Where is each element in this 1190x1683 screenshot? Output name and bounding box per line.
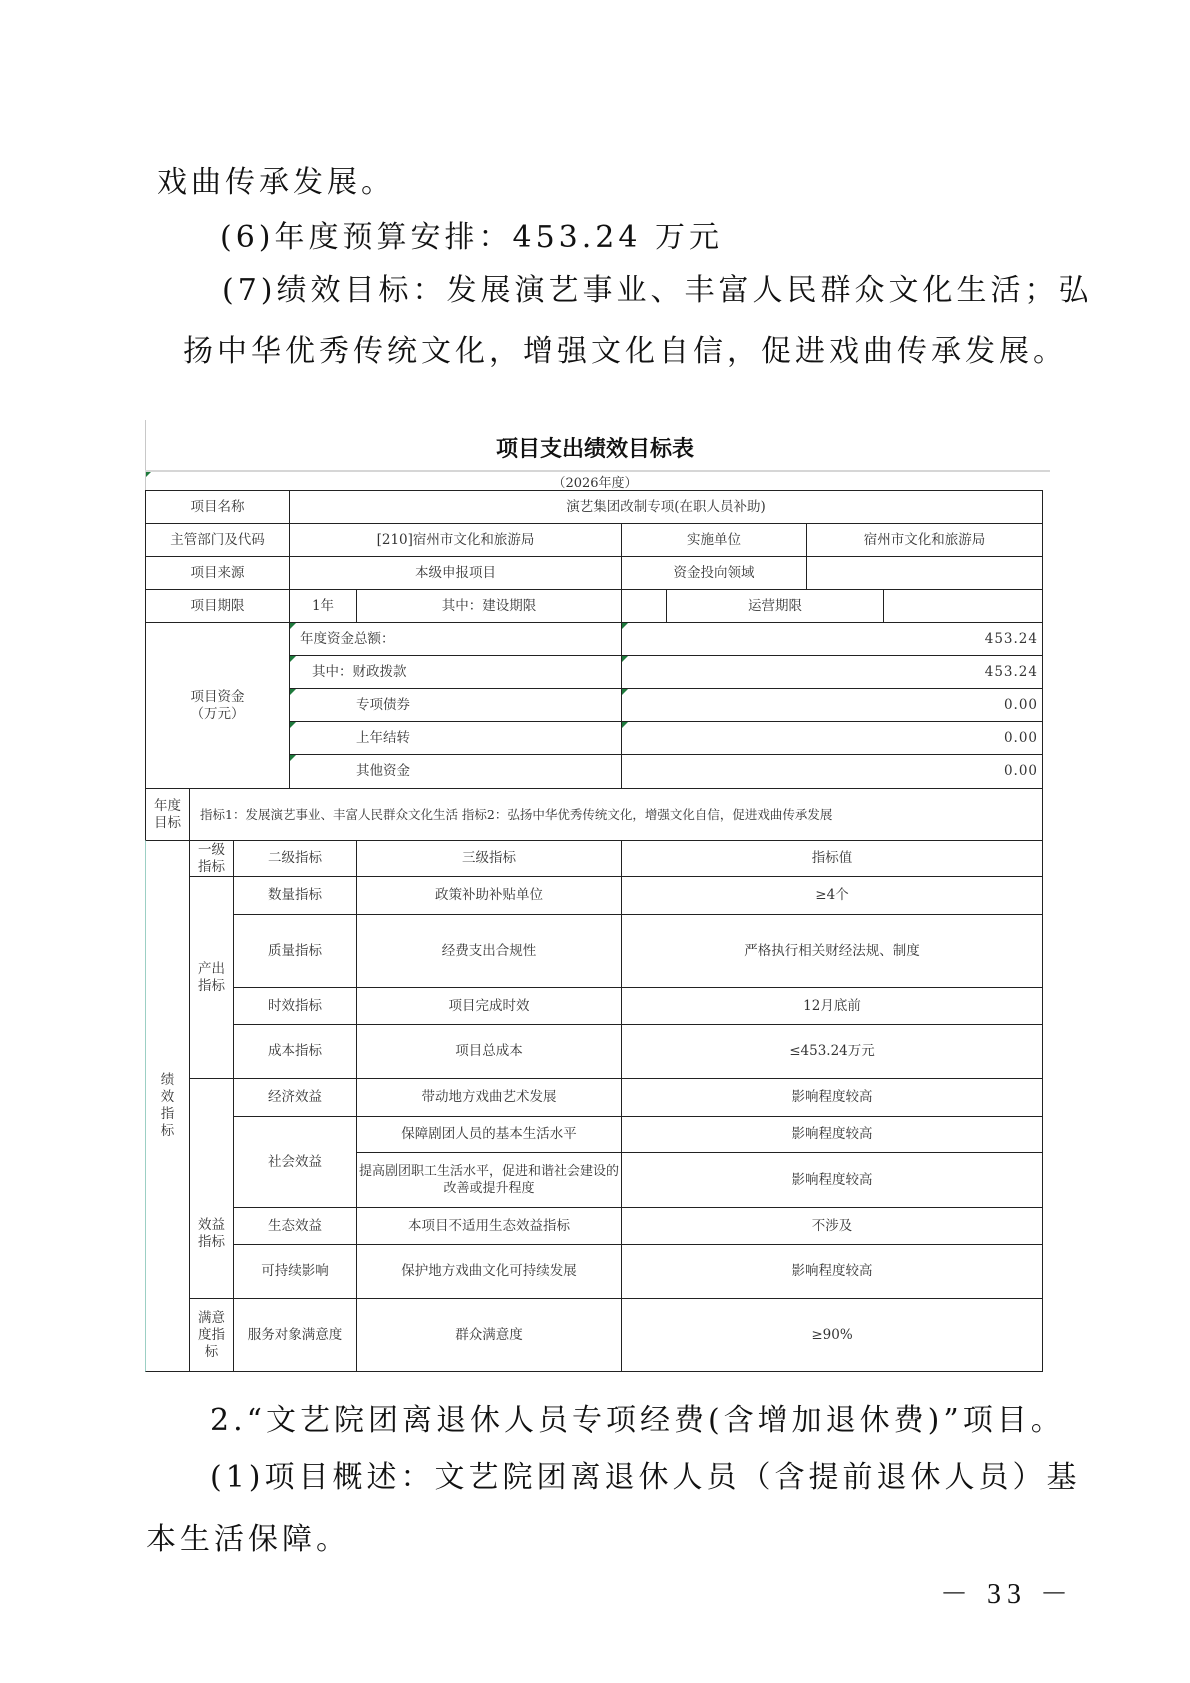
period-label: 项目期限: [145, 589, 290, 623]
fund-total-label: 年度资金总额：: [289, 622, 622, 656]
perf-label-char: 指: [161, 1106, 175, 1123]
cell-marker-icon: [622, 656, 628, 662]
row-level2: 可持续影响: [233, 1244, 357, 1299]
annual-goal-value: 指标1：发展演艺事业、丰富人民群众文化生活 指标2：弘扬中华优秀传统文化，增强文…: [189, 788, 1043, 841]
paragraph-line: 2.“文艺院团离退休人员专项经费(含增加退休费)”项目。: [210, 1403, 1065, 1439]
paragraph-line: 本生活保障。: [146, 1522, 350, 1558]
cell-marker-icon: [622, 623, 628, 629]
row-level2: 数量指标: [233, 876, 357, 915]
paragraph-line: (7)绩效目标：发展演艺事业、丰富人民群众文化生活；弘: [222, 273, 1093, 309]
row-level3: 政策补助补贴单位: [356, 876, 622, 915]
source-value: 本级申报项目: [289, 556, 622, 590]
row-level3: 保护地方戏曲文化可持续发展: [356, 1244, 622, 1299]
project-name-value: 演艺集团改制专项(在职人员补助): [289, 490, 1043, 524]
row-level2: 时效指标: [233, 987, 357, 1025]
paragraph-line: (1)项目概述：文艺院团离退休人员（含提前退休人员）基: [210, 1460, 1081, 1496]
operate-period-value: [883, 589, 1043, 623]
project-name-label: 项目名称: [145, 490, 290, 524]
row-level2: 成本指标: [233, 1024, 357, 1079]
header-level1-line1: 一级: [198, 842, 225, 859]
row-value: 12月底前: [621, 987, 1043, 1025]
paragraph-line: 扬中华优秀传统文化，增强文化自信，促进戏曲传承发展。: [183, 334, 1067, 370]
output-indicator-label: 产出 指标: [189, 876, 234, 1079]
cell-marker-icon: [622, 722, 628, 728]
cell-marker-icon: [290, 755, 296, 761]
row-value: 不涉及: [621, 1207, 1043, 1245]
fund-bond-label: 专项债券: [289, 688, 622, 722]
table-year: （2026年度）: [145, 472, 1044, 490]
funds-label-line2: （万元）: [191, 706, 245, 723]
row-level2: 经济效益: [233, 1078, 357, 1117]
fund-carryover-value: 0.00: [621, 721, 1043, 755]
fund-bond-value: 0.00: [621, 688, 1043, 722]
annual-goal-label: 年度 目标: [145, 788, 190, 841]
row-value: 严格执行相关财经法规、制度: [621, 914, 1043, 988]
cell-marker-icon: [290, 623, 296, 629]
row-level3: 带动地方戏曲艺术发展: [356, 1078, 622, 1117]
row-level3: 项目完成时效: [356, 987, 622, 1025]
perf-label-char: 标: [161, 1123, 175, 1140]
benefit-label-line: 指标: [198, 1234, 225, 1251]
row-level3: 群众满意度: [356, 1298, 622, 1372]
fund-fiscal-label: 其中：财政拨款: [289, 655, 622, 689]
paragraph-line: 戏曲传承发展。: [157, 165, 395, 201]
row-value: ≥90%: [621, 1298, 1043, 1372]
fund-total-value: 453.24: [621, 622, 1043, 656]
benefit-label-line: 效益: [198, 1217, 225, 1234]
cell-marker-icon: [622, 689, 628, 695]
perf-label-char: 绩: [161, 1072, 175, 1089]
perf-indicator-label: 绩 效 指 标: [145, 840, 190, 1372]
fund-carryover-label: 上年结转: [289, 721, 622, 755]
performance-goal-table: 项目支出绩效目标表 （2026年度） 项目名称 演艺集团改制专项(在职人员补助)…: [145, 420, 1043, 1372]
cell-marker-icon: [290, 656, 296, 662]
header-value: 指标值: [621, 840, 1043, 877]
source-label: 项目来源: [145, 556, 290, 590]
annual-goal-label-line1: 年度: [154, 798, 181, 815]
cell-marker-icon: [290, 689, 296, 695]
satisfaction-label-line: 度指: [198, 1327, 225, 1344]
invest-label: 资金投向领域: [621, 556, 807, 590]
satisfaction-label-line: 满意: [198, 1310, 225, 1327]
build-period-label: 其中：建设期限: [356, 589, 622, 623]
row-level2: 质量指标: [233, 914, 357, 988]
period-value: 1年: [289, 589, 357, 623]
paragraph-line: (6)年度预算安排：453.24 万元: [220, 220, 723, 256]
row-level2: 生态效益: [233, 1207, 357, 1245]
row-level3: 经费支出合规性: [356, 914, 622, 988]
header-level3: 三级指标: [356, 840, 622, 877]
row-level3: 本项目不适用生态效益指标: [356, 1207, 622, 1245]
row-value: 影响程度较高: [621, 1078, 1043, 1117]
table-title-area: 项目支出绩效目标表: [145, 420, 1044, 470]
satisfaction-label-line: 标: [205, 1344, 219, 1361]
funds-label: 项目资金 （万元）: [145, 622, 290, 789]
row-level3: 项目总成本: [356, 1024, 622, 1079]
fund-fiscal-value: 453.24: [621, 655, 1043, 689]
funds-label-line1: 项目资金: [191, 689, 245, 706]
cell-marker-icon: [290, 722, 296, 728]
row-value: 影响程度较高: [621, 1244, 1043, 1299]
operate-period-label: 运营期限: [666, 589, 884, 623]
output-label-line: 指标: [198, 978, 225, 995]
table-title: 项目支出绩效目标表: [146, 432, 1044, 463]
output-label-line: 产出: [198, 961, 225, 978]
row-level2: 社会效益: [233, 1116, 357, 1208]
impl-label: 实施单位: [621, 523, 807, 557]
build-period-value: [621, 589, 667, 623]
satisfaction-indicator-label: 满意 度指 标: [189, 1298, 234, 1372]
fund-other-value: 0.00: [621, 754, 1043, 789]
header-level2: 二级指标: [233, 840, 357, 877]
row-value: 影响程度较高: [621, 1152, 1043, 1208]
invest-value: [806, 556, 1043, 590]
header-level1-line2: 指标: [198, 859, 225, 876]
dept-value: [210]宿州市文化和旅游局: [289, 523, 622, 557]
row-level3: 保障剧团人员的基本生活水平: [356, 1116, 622, 1153]
impl-value: 宿州市文化和旅游局: [806, 523, 1043, 557]
page-number: － 33 －: [940, 1572, 1074, 1612]
header-level1: 一级 指标: [189, 840, 234, 877]
row-value: ≤453.24万元: [621, 1024, 1043, 1079]
benefit-indicator-label: 效益 指标: [189, 1078, 234, 1299]
fund-other-label: 其他资金: [289, 754, 622, 789]
dept-label: 主管部门及代码: [145, 523, 290, 557]
row-value: ≥4个: [621, 876, 1043, 915]
row-value: 影响程度较高: [621, 1116, 1043, 1153]
row-level3: 提高剧团职工生活水平，促进和谐社会建设的改善或提升程度: [356, 1152, 622, 1208]
annual-goal-label-line2: 目标: [154, 815, 181, 832]
row-level2: 服务对象满意度: [233, 1298, 357, 1372]
perf-label-char: 效: [161, 1089, 175, 1106]
